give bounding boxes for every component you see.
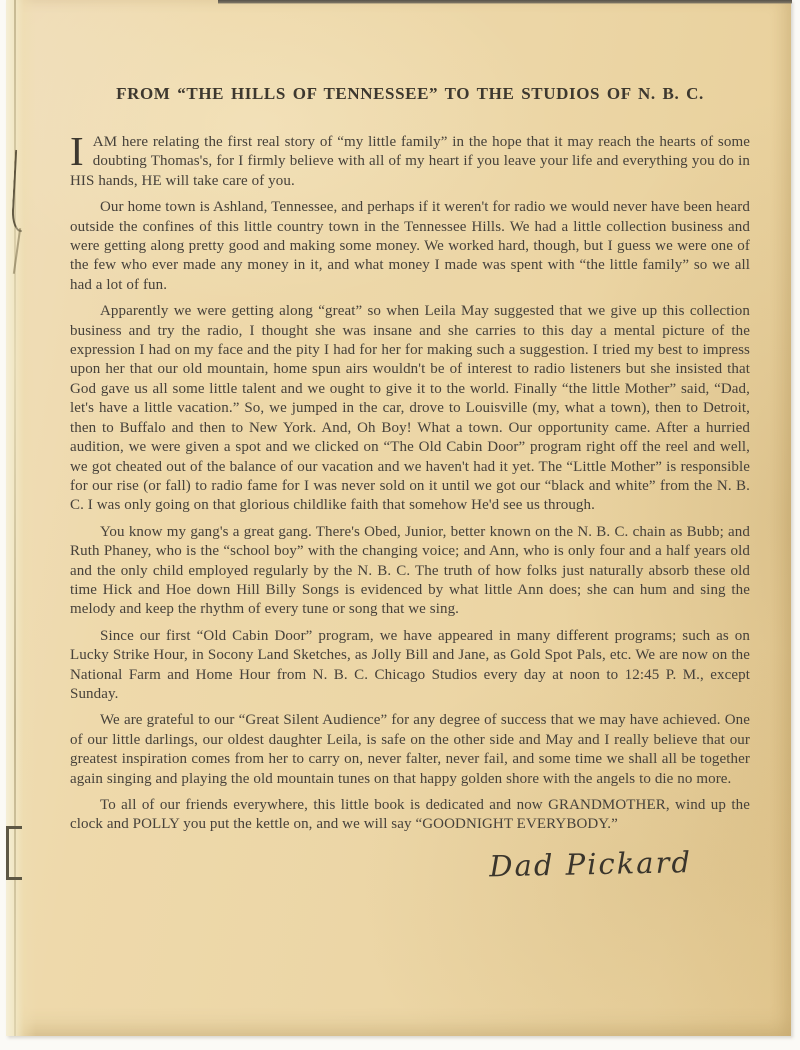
page-content: FROM “THE HILLS OF TENNESSEE” TO THE STU… (70, 84, 750, 885)
book-page: FROM “THE HILLS OF TENNESSEE” TO THE STU… (6, 0, 791, 1036)
scan-top-edge-shadow (218, 0, 792, 4)
paragraph-2: Our home town is Ashland, Tennessee, and… (70, 198, 750, 295)
paragraph-5: Since our first “Old Cabin Door” program… (70, 627, 750, 705)
paragraph-1: IAM here relating the first real story o… (70, 133, 750, 191)
page-title: FROM “THE HILLS OF TENNESSEE” TO THE STU… (70, 84, 750, 104)
paragraph-4: You know my gang's a great gang. There's… (70, 523, 750, 620)
scanned-page: FROM “THE HILLS OF TENNESSEE” TO THE STU… (0, 0, 800, 1050)
signature: Dad Pickard (70, 844, 751, 892)
paragraph-3: Apparently we were getting along “great”… (70, 302, 750, 515)
paragraph-6: We are grateful to our “Great Silent Aud… (70, 711, 750, 789)
paragraph-1-text: AM here relating the first real story of… (70, 134, 750, 189)
paragraph-7: To all of our friends everywhere, this l… (70, 796, 750, 835)
drop-cap-initial: I (70, 133, 93, 168)
staple (6, 826, 24, 880)
